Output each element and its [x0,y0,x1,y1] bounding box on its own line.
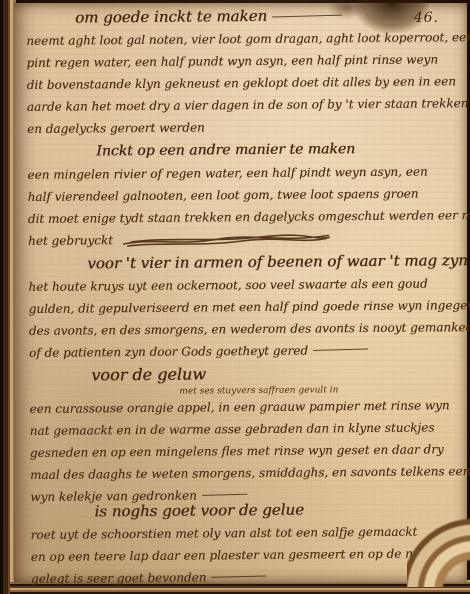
crossed-out-scribble [121,232,331,248]
text-line: gelegt is seer goet bevonden [31,564,468,590]
section-remedy-jaundice-1: voor de geluw met ses stuyvers saffraen … [29,360,467,508]
heading-text: om goede inckt te maken [75,7,267,27]
manuscript-page: 46. om goede inckt te maken neemt aght l… [14,3,467,583]
flourish-line [272,14,342,17]
section-remedy-jaundice-2: is noghs goet voor de gelue roet uyt de … [30,496,468,590]
text-fragment: of de patienten zyn door Gods goetheyt g… [29,344,308,360]
section-remedy-fire: voor 't vier in armen of beenen of waar … [28,248,466,364]
section-ink-recipe-1: om goede inckt te maken neemt aght loot … [26,2,464,140]
text-line: en op een teere lap daar een plaester va… [31,542,468,568]
manuscript-photo: 46. om goede inckt te maken neemt aght l… [0,0,470,594]
flourish-line [313,349,368,351]
text-line: aarde kan het moet dry a vier dagen in d… [27,92,464,118]
text-line: des avonts, en des smorgens, en wederom … [29,316,466,342]
text-line: dit moet enige tydt staan trekken en dag… [28,204,465,230]
text-fragment: gelegt is seer goet bevonden [31,570,207,586]
section-ink-recipe-2: Inckt op een andre manier te maken een m… [27,136,465,252]
flourish-line [211,575,266,577]
flourish-line [202,494,247,496]
text-line: maal des daaghs te weten smorgens, smidd… [30,460,467,486]
page-content: om goede inckt te maken neemt aght loot … [26,2,468,581]
text-fragment: het gebruyckt [28,233,113,248]
